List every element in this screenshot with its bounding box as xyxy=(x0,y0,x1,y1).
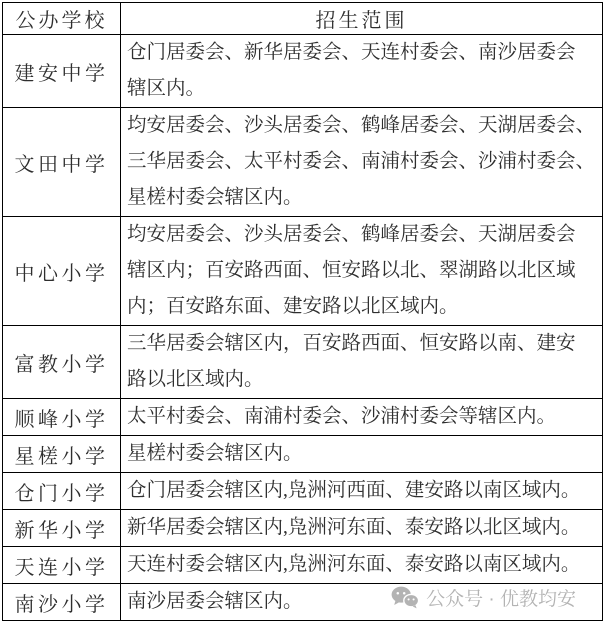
scope-cell: 星槎村委会辖区内。 xyxy=(121,436,603,473)
table-row: 中心小学均安居委会、沙头居委会、鹤峰居委会、天湖居委会 辖区内；百安路西面、恒安… xyxy=(3,217,603,326)
school-name-cell: 文田中学 xyxy=(3,108,121,217)
scope-cell: 新华居委会辖区内,凫洲河东面、泰安路以北区域内。 xyxy=(121,510,603,547)
scope-cell: 仓门居委会、新华居委会、天连村委会、南沙居委会 辖区内。 xyxy=(121,35,603,108)
table-row: 南沙小学南沙居委会辖区内。 xyxy=(3,584,603,621)
scope-cell: 太平村委会、南浦村委会、沙浦村委会等辖区内。 xyxy=(121,399,603,436)
column-header-school: 公办学校 xyxy=(3,3,121,35)
school-name-cell: 中心小学 xyxy=(3,217,121,326)
school-name-cell: 仓门小学 xyxy=(3,473,121,510)
table-row: 新华小学新华居委会辖区内,凫洲河东面、泰安路以北区域内。 xyxy=(3,510,603,547)
school-name-cell: 新华小学 xyxy=(3,510,121,547)
school-name-cell: 南沙小学 xyxy=(3,584,121,621)
scope-cell: 南沙居委会辖区内。 xyxy=(121,584,603,621)
school-name-cell: 富教小学 xyxy=(3,326,121,399)
school-name-cell: 建安中学 xyxy=(3,35,121,108)
column-header-scope: 招生范围 xyxy=(121,3,603,35)
scope-cell: 天连村委会辖区内,凫洲河东面、泰安路以南区域内。 xyxy=(121,547,603,584)
header-row: 公办学校 招生范围 xyxy=(3,3,603,35)
school-name-cell: 星槎小学 xyxy=(3,436,121,473)
scope-cell: 均安居委会、沙头居委会、鹤峰居委会、天湖居委会 辖区内；百安路西面、恒安路以北、… xyxy=(121,217,603,326)
scope-cell: 三华居委会辖区内，百安路西面、恒安路以南、建安 路以北区域内。 xyxy=(121,326,603,399)
table-row: 顺峰小学太平村委会、南浦村委会、沙浦村委会等辖区内。 xyxy=(3,399,603,436)
document-page: 公办学校 招生范围 建安中学仓门居委会、新华居委会、天连村委会、南沙居委会 辖区… xyxy=(0,2,606,622)
scope-cell: 均安居委会、沙头居委会、鹤峰居委会、天湖居委会、 三华居委会、太平村委会、南浦村… xyxy=(121,108,603,217)
table-row: 星槎小学星槎村委会辖区内。 xyxy=(3,436,603,473)
table-row: 文田中学均安居委会、沙头居委会、鹤峰居委会、天湖居委会、 三华居委会、太平村委会… xyxy=(3,108,603,217)
enrollment-table: 公办学校 招生范围 建安中学仓门居委会、新华居委会、天连村委会、南沙居委会 辖区… xyxy=(2,2,603,621)
table-row: 建安中学仓门居委会、新华居委会、天连村委会、南沙居委会 辖区内。 xyxy=(3,35,603,108)
school-name-cell: 天连小学 xyxy=(3,547,121,584)
table-row: 富教小学三华居委会辖区内，百安路西面、恒安路以南、建安 路以北区域内。 xyxy=(3,326,603,399)
table-row: 仓门小学仓门居委会辖区内,凫洲河西面、建安路以南区域内。 xyxy=(3,473,603,510)
table-row: 天连小学天连村委会辖区内,凫洲河东面、泰安路以南区域内。 xyxy=(3,547,603,584)
scope-cell: 仓门居委会辖区内,凫洲河西面、建安路以南区域内。 xyxy=(121,473,603,510)
school-name-cell: 顺峰小学 xyxy=(3,399,121,436)
